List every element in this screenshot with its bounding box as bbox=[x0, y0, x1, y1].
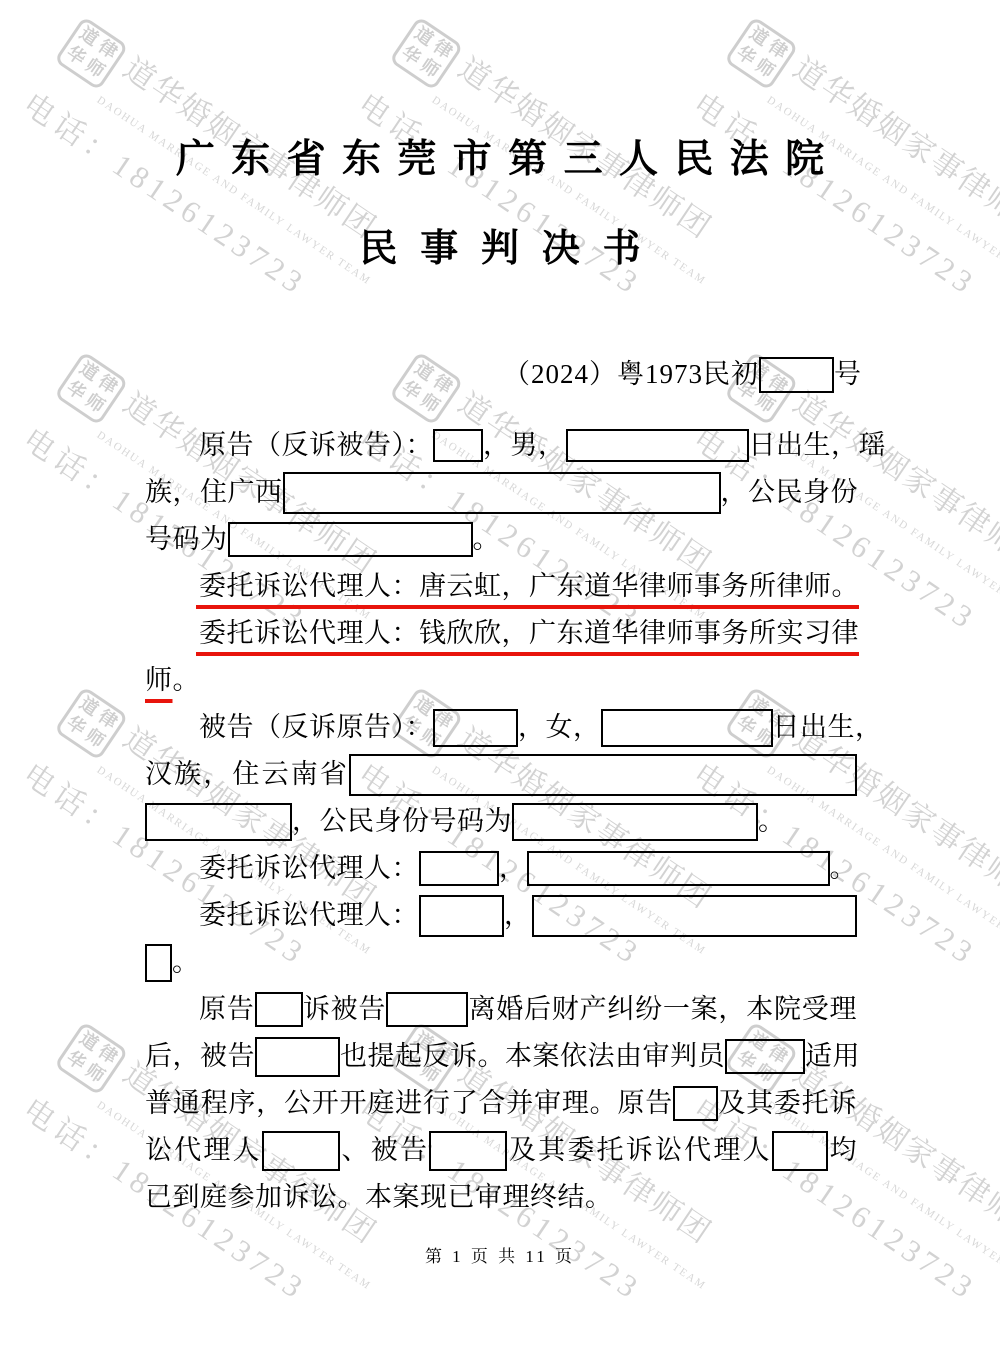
document-line: 汉族，住云南省 bbox=[145, 751, 857, 798]
redaction-box bbox=[386, 992, 468, 1027]
text-run: 瑶 bbox=[859, 430, 887, 460]
document-line: 委托诉讼代理人：，。 bbox=[199, 845, 857, 892]
document-line: 。 bbox=[145, 939, 857, 986]
text-run: 已到庭参加诉讼。本案现已审理终结。 bbox=[145, 1182, 613, 1212]
document-line: 委托诉讼代理人：唐云虹，广东道华律师事务所律师。 bbox=[199, 563, 857, 610]
redaction-box bbox=[228, 522, 473, 557]
text-run: 日出生， bbox=[773, 712, 883, 742]
text-run: 原告 bbox=[199, 994, 255, 1024]
case-number-prefix: （2024）粤1973民初 bbox=[503, 359, 759, 389]
text-run: 离婚后财产纠纷一案，本院受理 bbox=[468, 994, 857, 1024]
document-content: 广东省东莞市第三人民法院 民事判决书 （2024）粤1973民初号 原告（反诉被… bbox=[0, 0, 1000, 1355]
text-run: 。 bbox=[758, 806, 786, 836]
court-name: 广东省东莞市第三人民法院 bbox=[0, 128, 1000, 184]
text-run: 及其委托诉讼代理人 bbox=[507, 1135, 772, 1165]
redaction-box bbox=[673, 1086, 718, 1121]
text-run: 均 bbox=[828, 1135, 857, 1165]
red-underlined-text: 师 bbox=[145, 665, 173, 695]
text-run: 普通程序，公开开庭进行了合并审理。原告 bbox=[145, 1088, 673, 1118]
redaction-box bbox=[262, 1131, 340, 1171]
case-number-suffix: 号 bbox=[834, 359, 862, 389]
redaction-box bbox=[725, 1039, 805, 1074]
text-run: 。 bbox=[173, 665, 201, 695]
text-run: 后，被告 bbox=[145, 1041, 255, 1071]
text-run: 号码为 bbox=[145, 524, 228, 554]
text-run: 适用 bbox=[805, 1041, 860, 1071]
text-run: 也提起反诉。本案依法由审判员 bbox=[340, 1041, 725, 1071]
redaction-box bbox=[283, 472, 721, 514]
text-run: 诉被告 bbox=[303, 994, 387, 1024]
text-run: 、被告 bbox=[340, 1135, 429, 1165]
text-run: 汉族，住云南省 bbox=[145, 759, 349, 789]
text-run: 日出生， bbox=[749, 430, 859, 460]
document-line: 已到庭参加诉讼。本案现已审理终结。 bbox=[145, 1174, 857, 1221]
document-line: 委托诉讼代理人：钱欣欣，广东道华律师事务所实习律 bbox=[199, 610, 857, 657]
page-footer: 第 1 页 共 11 页 bbox=[0, 1242, 1000, 1267]
body-lines: 原告（反诉被告）：，男，日出生，瑶族，住广西，公民身份号码为。委托诉讼代理人：唐… bbox=[145, 422, 857, 1221]
text-run: 讼代理人 bbox=[145, 1135, 262, 1165]
text-run: 委托诉讼代理人：唐云虹，广东道华律师事务所律师。 bbox=[199, 571, 859, 601]
document-line: 原告诉被告离婚后财产纠纷一案，本院受理 bbox=[199, 986, 857, 1033]
text-run: 及其委托诉 bbox=[718, 1088, 857, 1118]
redaction-box bbox=[759, 357, 834, 393]
text-run: ，女， bbox=[518, 712, 601, 742]
text-run: ，公民身份 bbox=[721, 477, 859, 507]
redaction-box bbox=[512, 803, 758, 841]
text-run: ， bbox=[499, 853, 527, 883]
text-run: 委托诉讼代理人： bbox=[199, 900, 419, 930]
text-run: ， bbox=[504, 900, 532, 930]
redaction-box bbox=[255, 1037, 340, 1077]
redaction-box bbox=[433, 429, 483, 462]
text-run: 委托诉讼代理人： bbox=[199, 853, 419, 883]
document-line: ，公民身份号码为。 bbox=[145, 798, 857, 845]
redaction-box bbox=[532, 895, 857, 937]
redaction-box bbox=[419, 851, 499, 886]
redaction-box bbox=[433, 709, 518, 747]
document-line: 族，住广西，公民身份 bbox=[145, 469, 857, 516]
document-line: 原告（反诉被告）：，男，日出生，瑶 bbox=[199, 422, 857, 469]
case-number-line: （2024）粤1973民初号 bbox=[503, 352, 862, 393]
redaction-box bbox=[145, 803, 292, 841]
judgment-page: 道律华师道华婚姻家事律师团DAOHUA MARRIAGE AND FAMILY … bbox=[0, 0, 1000, 1355]
document-line: 讼代理人、被告及其委托诉讼代理人均 bbox=[145, 1127, 857, 1174]
redaction-box bbox=[255, 992, 303, 1027]
text-run: 族，住广西 bbox=[145, 477, 283, 507]
text-run: 。 bbox=[473, 524, 501, 554]
text-run: 原告（反诉被告）： bbox=[199, 430, 433, 460]
document-line: 号码为。 bbox=[145, 516, 857, 563]
text-run: 。 bbox=[172, 947, 200, 977]
redaction-box bbox=[601, 709, 773, 747]
redaction-box bbox=[772, 1131, 828, 1171]
text-run: 委托诉讼代理人：钱欣欣，广东道华律师事务所实习律 bbox=[199, 618, 859, 648]
document-line: 师。 bbox=[145, 657, 857, 704]
document-title: 民事判决书 bbox=[0, 217, 1000, 272]
text-run: 。 bbox=[830, 853, 858, 883]
redaction-box bbox=[349, 754, 857, 796]
redaction-box bbox=[566, 429, 749, 462]
redaction-box bbox=[145, 944, 172, 982]
redaction-box bbox=[429, 1131, 507, 1171]
document-line: 被告（反诉原告）：，女，日出生， bbox=[199, 704, 857, 751]
text-run: 被告（反诉原告）： bbox=[199, 712, 433, 742]
redaction-box bbox=[419, 895, 504, 937]
document-line: 后，被告也提起反诉。本案依法由审判员适用 bbox=[145, 1033, 857, 1080]
document-line: 普通程序，公开开庭进行了合并审理。原告及其委托诉 bbox=[145, 1080, 857, 1127]
text-run: ，男， bbox=[483, 430, 566, 460]
document-line: 委托诉讼代理人：， bbox=[199, 892, 857, 939]
redaction-box bbox=[527, 851, 830, 886]
text-run: ，公民身份号码为 bbox=[292, 806, 512, 836]
